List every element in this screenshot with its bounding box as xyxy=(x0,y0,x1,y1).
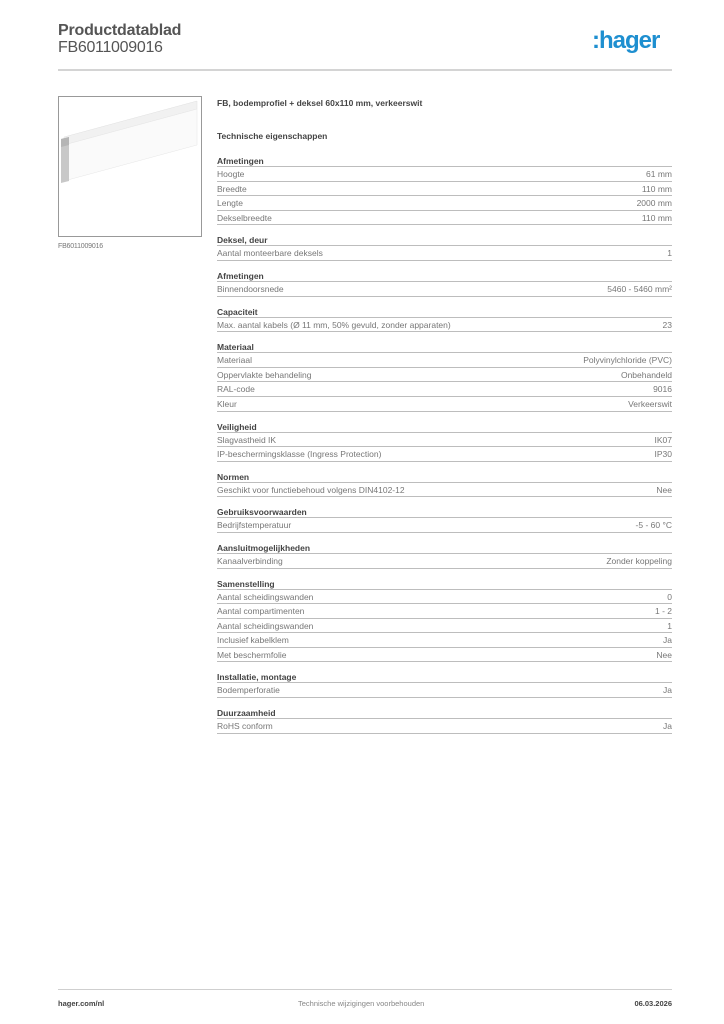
spec-group-title: Deksel, deur xyxy=(217,234,672,246)
product-description: FB, bodemprofiel + deksel 60x110 mm, ver… xyxy=(217,98,672,131)
spec-row: Oppervlakte behandelingOnbehandeld xyxy=(217,368,672,383)
spec-label: RoHS conform xyxy=(217,719,273,733)
spec-value: 0 xyxy=(667,590,672,604)
spec-label: Bedrijfstemperatuur xyxy=(217,518,291,532)
spec-group: AfmetingenHoogte61 mmBreedte110 mmLengte… xyxy=(217,155,672,225)
spec-value: 1 xyxy=(667,246,672,260)
spec-row: RAL-code9016 xyxy=(217,382,672,397)
spec-value: -5 - 60 °C xyxy=(636,518,672,532)
spec-value: 61 mm xyxy=(646,167,672,181)
spec-group-title: Aansluitmogelijkheden xyxy=(217,542,672,554)
spec-group-title: Samenstelling xyxy=(217,578,672,590)
spec-group: MateriaalMateriaalPolyvinylchloride (PVC… xyxy=(217,341,672,411)
spec-label: Inclusief kabelklem xyxy=(217,633,289,647)
footer-divider xyxy=(58,989,672,990)
footer-website-link[interactable]: hager.com/nl xyxy=(58,999,104,1008)
footer-disclaimer: Technische wijzigingen voorbehouden xyxy=(298,999,424,1008)
spec-label: Dekselbreedte xyxy=(217,211,272,225)
spec-label: Geschikt voor functiebehoud volgens DIN4… xyxy=(217,483,405,497)
spec-value: 110 mm xyxy=(642,211,672,225)
spec-group: VeiligheidSlagvastheid IKIK07IP-bescherm… xyxy=(217,421,672,462)
spec-value: 5460 - 5460 mm² xyxy=(607,282,672,296)
spec-group: SamenstellingAantal scheidingswanden0Aan… xyxy=(217,578,672,663)
spec-row: KleurVerkeerswit xyxy=(217,397,672,412)
spec-label: Breedte xyxy=(217,182,247,196)
spec-row: IP-beschermingsklasse (Ingress Protectio… xyxy=(217,447,672,462)
spec-group-title: Veiligheid xyxy=(217,421,672,433)
cable-trunking-icon xyxy=(59,97,201,236)
spec-row: Dekselbreedte110 mm xyxy=(217,211,672,226)
image-caption: FB6011009016 xyxy=(58,243,103,250)
spec-label: Lengte xyxy=(217,196,243,210)
spec-row: Breedte110 mm xyxy=(217,182,672,197)
spec-group-title: Afmetingen xyxy=(217,270,672,282)
spec-row: Hoogte61 mm xyxy=(217,167,672,182)
article-number: FB6011009016 xyxy=(58,39,163,57)
spec-group: DuurzaamheidRoHS conformJa xyxy=(217,707,672,734)
spec-groups: AfmetingenHoogte61 mmBreedte110 mmLengte… xyxy=(217,155,672,734)
spec-row: Aantal compartimenten1 - 2 xyxy=(217,604,672,619)
spec-group: AfmetingenBinnendoorsnede5460 - 5460 mm² xyxy=(217,270,672,297)
spec-row: Inclusief kabelklemJa xyxy=(217,633,672,648)
spec-group-title: Normen xyxy=(217,471,672,483)
spec-value: 110 mm xyxy=(642,182,672,196)
spec-group: GebruiksvoorwaardenBedrijfstemperatuur-5… xyxy=(217,506,672,533)
spec-value: 9016 xyxy=(653,382,672,396)
spec-row: Aantal scheidingswanden0 xyxy=(217,590,672,605)
spec-group: AansluitmogelijkhedenKanaalverbindingZon… xyxy=(217,542,672,569)
spec-value: Polyvinylchloride (PVC) xyxy=(583,353,672,367)
spec-row: Slagvastheid IKIK07 xyxy=(217,433,672,448)
page-title: Productdatablad xyxy=(58,22,181,40)
spec-row: KanaalverbindingZonder koppeling xyxy=(217,554,672,569)
spec-label: Oppervlakte behandeling xyxy=(217,368,312,382)
spec-group-title: Installatie, montage xyxy=(217,671,672,683)
spec-value: Nee xyxy=(656,483,672,497)
spec-content: FB, bodemprofiel + deksel 60x110 mm, ver… xyxy=(217,98,672,743)
spec-group-title: Afmetingen xyxy=(217,155,672,167)
spec-value: 23 xyxy=(663,318,672,332)
spec-value: IK07 xyxy=(655,433,673,447)
spec-row: Geschikt voor functiebehoud volgens DIN4… xyxy=(217,483,672,498)
spec-label: Materiaal xyxy=(217,353,252,367)
spec-row: RoHS conformJa xyxy=(217,719,672,734)
spec-row: Max. aantal kabels (Ø 11 mm, 50% gevuld,… xyxy=(217,318,672,333)
spec-row: Binnendoorsnede5460 - 5460 mm² xyxy=(217,282,672,297)
spec-value: 1 xyxy=(667,619,672,633)
spec-group: Deksel, deurAantal monteerbare deksels1 xyxy=(217,234,672,261)
spec-label: Met beschermfolie xyxy=(217,648,286,662)
spec-label: Max. aantal kabels (Ø 11 mm, 50% gevuld,… xyxy=(217,318,451,332)
spec-value: Ja xyxy=(663,633,672,647)
spec-value: Ja xyxy=(663,719,672,733)
spec-group: CapaciteitMax. aantal kabels (Ø 11 mm, 5… xyxy=(217,306,672,333)
spec-label: Aantal scheidingswanden xyxy=(217,619,313,633)
spec-label: Binnendoorsnede xyxy=(217,282,284,296)
spec-group: NormenGeschikt voor functiebehoud volgen… xyxy=(217,471,672,498)
spec-row: Met beschermfolieNee xyxy=(217,648,672,663)
spec-label: Aantal compartimenten xyxy=(217,604,304,618)
spec-row: BodemperforatieJa xyxy=(217,683,672,698)
spec-group-title: Duurzaamheid xyxy=(217,707,672,719)
section-title: Technische eigenschappen xyxy=(217,131,672,155)
spec-value: IP30 xyxy=(655,447,673,461)
spec-value: 1 - 2 xyxy=(655,604,672,618)
spec-label: Aantal monteerbare deksels xyxy=(217,246,323,260)
spec-group-title: Materiaal xyxy=(217,341,672,353)
spec-label: IP-beschermingsklasse (Ingress Protectio… xyxy=(217,447,381,461)
product-image xyxy=(58,96,202,237)
spec-label: Kanaalverbinding xyxy=(217,554,283,568)
spec-row: Aantal monteerbare deksels1 xyxy=(217,246,672,261)
spec-value: Ja xyxy=(663,683,672,697)
spec-group-title: Capaciteit xyxy=(217,306,672,318)
spec-label: Hoogte xyxy=(217,167,244,181)
spec-label: Slagvastheid IK xyxy=(217,433,276,447)
spec-value: Nee xyxy=(656,648,672,662)
spec-value: Onbehandeld xyxy=(621,368,672,382)
spec-row: Aantal scheidingswanden1 xyxy=(217,619,672,634)
spec-row: MateriaalPolyvinylchloride (PVC) xyxy=(217,353,672,368)
spec-label: Bodemperforatie xyxy=(217,683,280,697)
spec-value: Zonder koppeling xyxy=(606,554,672,568)
spec-value: 2000 mm xyxy=(637,196,672,210)
footer-date: 06.03.2026 xyxy=(634,999,672,1008)
spec-group-title: Gebruiksvoorwaarden xyxy=(217,506,672,518)
spec-label: RAL-code xyxy=(217,382,255,396)
spec-group: Installatie, montageBodemperforatieJa xyxy=(217,671,672,698)
spec-row: Lengte2000 mm xyxy=(217,196,672,211)
spec-label: Aantal scheidingswanden xyxy=(217,590,313,604)
spec-label: Kleur xyxy=(217,397,237,411)
hager-logo: :hager xyxy=(592,27,659,55)
spec-row: Bedrijfstemperatuur-5 - 60 °C xyxy=(217,518,672,533)
spec-value: Verkeerswit xyxy=(628,397,672,411)
header-divider xyxy=(58,69,672,71)
